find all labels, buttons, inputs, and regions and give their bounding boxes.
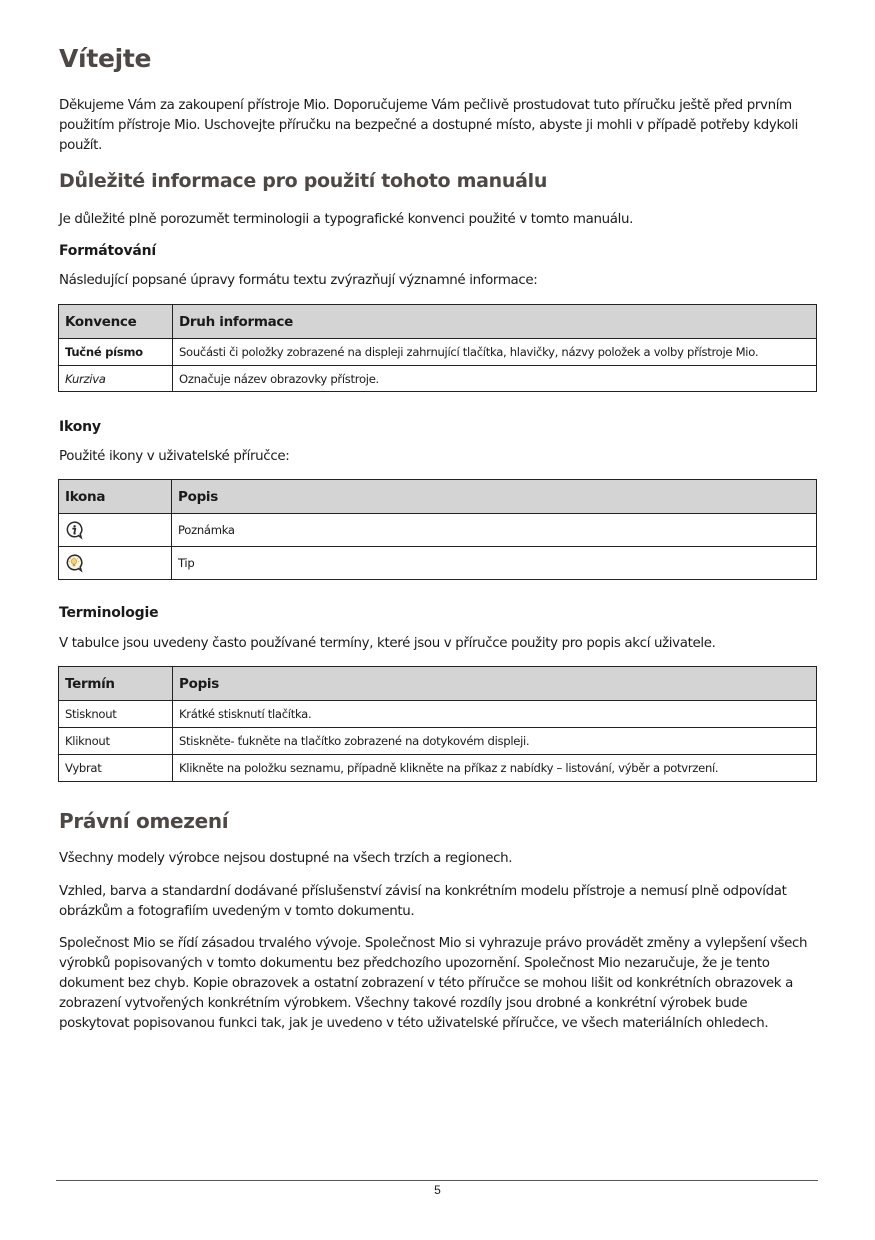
term-press-description: Krátké stisknutí tlačítka. [173, 701, 817, 728]
note-description: Poznámka [172, 514, 817, 547]
header-description: Popis [172, 480, 817, 514]
table-row: Poznámka [59, 514, 817, 547]
lightbulb-tip-icon [64, 553, 84, 573]
icons-table: Ikona Popis Poznámka [58, 479, 817, 580]
legal-title: Právní omezení [59, 809, 228, 833]
page-number: 5 [0, 1183, 875, 1197]
table-row: Kurziva Označuje název obrazovky přístro… [59, 366, 817, 392]
header-icon: Ikona [59, 480, 172, 514]
table-header-row: Termín Popis [59, 667, 817, 701]
formatting-intro: Následující popsané úpravy formátu textu… [59, 271, 816, 291]
welcome-intro: Děkujeme Vám za zakoupení přístroje Mio.… [59, 96, 816, 156]
header-info-type: Druh informace [173, 305, 817, 339]
term-select: Vybrat [59, 755, 173, 782]
table-row: Vybrat Klikněte na položku seznamu, příp… [59, 755, 817, 782]
term-click: Kliknout [59, 728, 173, 755]
convention-bold: Tučné písmo [59, 339, 173, 366]
formatting-table: Konvence Druh informace Tučné písmo Souč… [58, 304, 817, 392]
header-term: Termín [59, 667, 173, 701]
term-select-description: Klikněte na položku seznamu, případně kl… [173, 755, 817, 782]
term-press: Stisknout [59, 701, 173, 728]
legal-paragraph-3: Společnost Mio se řídí zásadou trvalého … [59, 934, 816, 1034]
table-row: Tip [59, 547, 817, 580]
convention-italic: Kurziva [59, 366, 173, 392]
footer-divider [56, 1180, 818, 1181]
icons-title: Ikony [59, 419, 101, 435]
legal-paragraph-1: Všechny modely výrobce nejsou dostupné n… [59, 849, 816, 869]
terminology-title: Terminologie [59, 605, 158, 621]
legal-paragraph-2: Vzhled, barva a standardní dodávané přís… [59, 882, 816, 922]
header-convention: Konvence [59, 305, 173, 339]
table-header-row: Konvence Druh informace [59, 305, 817, 339]
table-row: Tučné písmo Součásti či položky zobrazen… [59, 339, 817, 366]
term-click-description: Stiskněte- ťukněte na tlačítko zobrazené… [173, 728, 817, 755]
terminology-table: Termín Popis Stisknout Krátké stisknutí … [58, 666, 817, 782]
convention-italic-description: Označuje název obrazovky přístroje. [173, 366, 817, 392]
formatting-title: Formátování [59, 243, 156, 259]
important-info-intro: Je důležité plně porozumět terminologii … [59, 210, 816, 230]
welcome-title: Vítejte [59, 44, 151, 73]
info-note-icon [64, 520, 84, 540]
table-row: Stisknout Krátké stisknutí tlačítka. [59, 701, 817, 728]
table-row: Kliknout Stiskněte- ťukněte na tlačítko … [59, 728, 817, 755]
important-info-title: Důležité informace pro použití tohoto ma… [59, 170, 547, 192]
table-header-row: Ikona Popis [59, 480, 817, 514]
convention-bold-description: Součásti či položky zobrazené na displej… [173, 339, 817, 366]
icons-intro: Použité ikony v uživatelské příručce: [59, 447, 816, 467]
terminology-intro: V tabulce jsou uvedeny často používané t… [59, 634, 816, 654]
header-description: Popis [173, 667, 817, 701]
tip-description: Tip [172, 547, 817, 580]
